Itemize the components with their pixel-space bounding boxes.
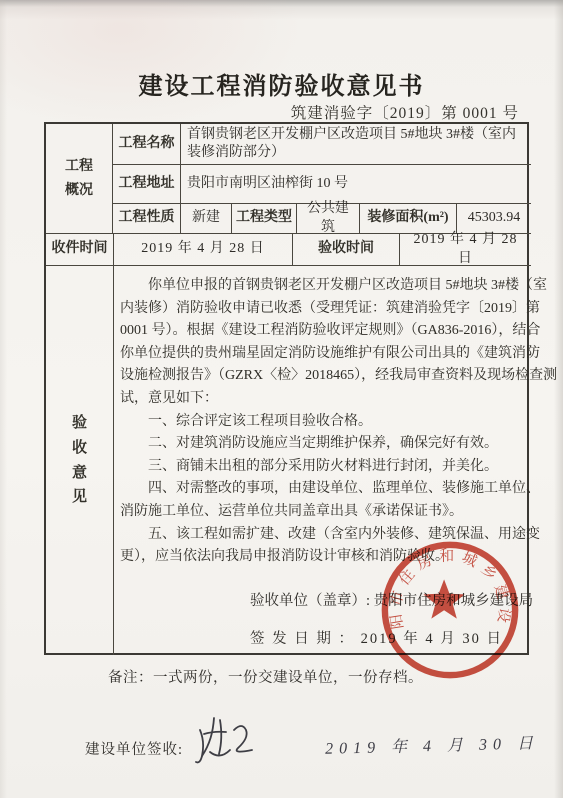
overview-section-label: 工程概况: [46, 124, 113, 234]
acceptance-time-value: 2019 年 4 月 28 日: [400, 234, 531, 266]
project-nature-label: 工程性质: [113, 204, 181, 234]
opinion-line: 你单位提供的贵州瑞星固定消防设施维护有限公司出具的《建筑消防: [120, 343, 527, 366]
opinion-section-label: 验收意见: [46, 266, 114, 655]
opinion-line: 内装修）消防验收申请已收悉（受理凭证：筑建消验凭字〔2019〕第: [120, 298, 527, 321]
decoration-area-label: 装修面积(m²): [360, 204, 457, 234]
receipt-time-label: 收件时间: [46, 234, 114, 266]
project-type-value: 公共建筑: [297, 204, 360, 234]
opinion-line: 试，意见如下：: [120, 388, 527, 411]
receipt-time-value: 2019 年 4 月 28 日: [114, 234, 293, 266]
opinion-line: 消防施工单位、运营单位共同盖章出具《承诺保证书》。: [120, 501, 527, 524]
opinion-line: 你单位申报的首钢贵钢老区开发棚户区改造项目 5#地块 3#楼（室: [120, 275, 527, 298]
opinion-line: 三、商铺未出租的部分采用防火材料进行封闭，并美化。: [120, 456, 527, 479]
project-name-label: 工程名称: [113, 124, 181, 165]
project-type-label: 工程类型: [232, 204, 297, 234]
project-address-value: 贵阳市南明区油榨街 10 号: [181, 165, 531, 204]
opinion-line: 0001 号）。根据《建设工程消防验收评定规则》（GA836-2016），结合: [120, 320, 527, 343]
note-line: 备注：一式两份，一份交建设单位，一份存档。: [108, 666, 423, 687]
official-seal: 贵阳市住房和城乡建设局: [376, 536, 524, 684]
acceptance-time-label: 验收时间: [293, 234, 400, 266]
decoration-area-value: 45303.94: [457, 204, 531, 234]
document-title: 建设工程消防验收意见书: [0, 66, 563, 101]
seal-star-icon: [423, 579, 464, 618]
opinion-line: 四、对需整改的事项，由建设单位、监理单位、装修施工单位、: [120, 478, 527, 501]
opinion-line: 二、对建筑消防设施应当定期维护保养，确保完好有效。: [120, 433, 527, 456]
handwritten-signature: [188, 710, 288, 772]
handwritten-date: 2019 年 4 月 30 日: [325, 730, 540, 759]
project-nature-value: 新建: [181, 204, 232, 234]
document-number: 筑建消验字〔2019〕第 0001 号: [291, 101, 519, 123]
project-address-label: 工程地址: [113, 165, 181, 204]
construction-unit-sign-label: 建设单位签收:: [85, 738, 183, 759]
opinion-line: 设施检测报告》（GZRX〈检〉2018465），经我局审查资料及现场检查测: [120, 365, 527, 388]
document-page: 建设工程消防验收意见书 筑建消验字〔2019〕第 0001 号 工程概况 工程名…: [0, 0, 563, 798]
project-name-value: 首钢贵钢老区开发棚户区改造项目 5#地块 3#楼（室内装修消防部分）: [181, 124, 531, 165]
opinion-paragraph: 你单位申报的首钢贵钢老区开发棚户区改造项目 5#地块 3#楼（室 内装修）消防验…: [120, 275, 527, 569]
opinion-line: 一、综合评定该工程项目验收合格。: [120, 411, 527, 434]
